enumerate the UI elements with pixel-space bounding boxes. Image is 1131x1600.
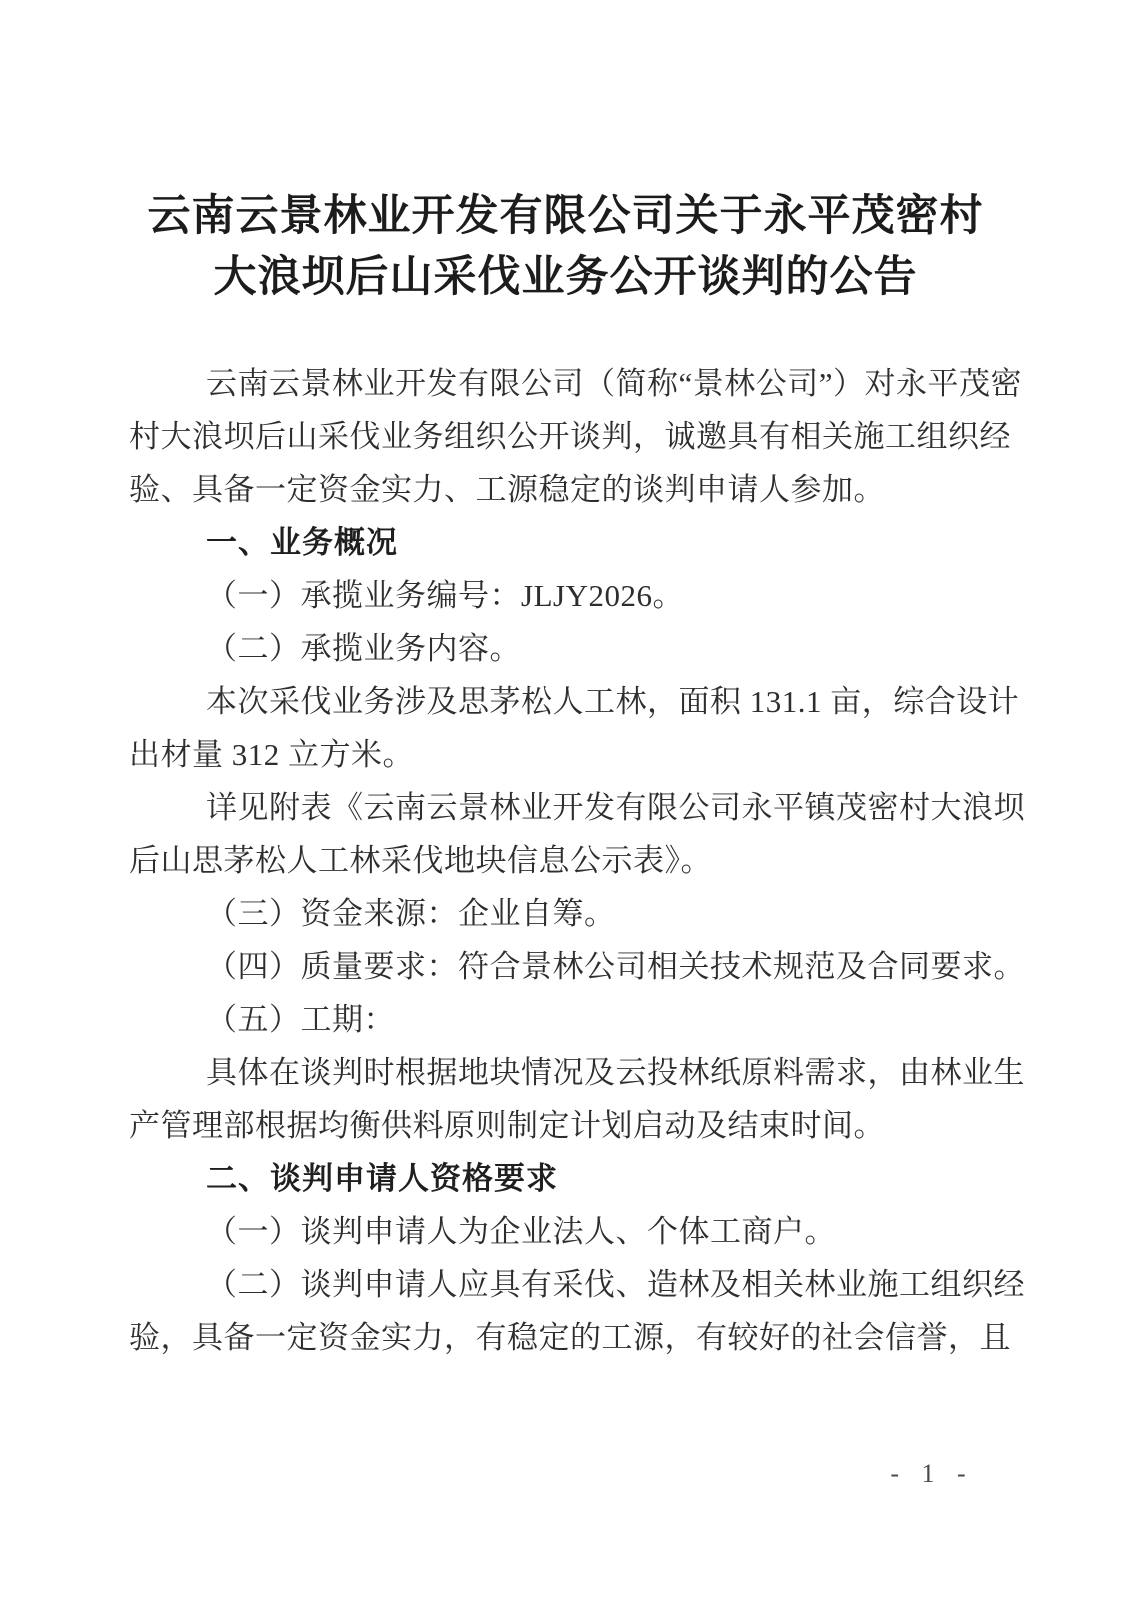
paragraph-line: 村大浪坝后山采伐业务组织公开谈判，诚邀具有相关施工组织经 <box>129 410 1001 463</box>
section-heading: 二、谈判申请人资格要求 <box>129 1152 1001 1205</box>
document-title-line-1: 云南云景林业开发有限公司关于永平茂密村 <box>0 186 1131 247</box>
paragraph-line: （一）承揽业务编号：JLJY2026。 <box>129 569 1001 622</box>
paragraph-line: 详见附表《云南云景林业开发有限公司永平镇茂密村大浪坝 <box>129 781 1001 834</box>
paragraph-line: 具体在谈判时根据地块情况及云投林纸原料需求，由林业生 <box>129 1046 1001 1099</box>
document-page: 云南云景林业开发有限公司关于永平茂密村 大浪坝后山采伐业务公开谈判的公告 云南云… <box>0 0 1131 1600</box>
paragraph-line: 后山思茅松人工林采伐地块信息公示表》。 <box>129 834 1001 887</box>
paragraph-line: 出材量 312 立方米。 <box>129 728 1001 781</box>
paragraph-line: （四）质量要求：符合景林公司相关技术规范及合同要求。 <box>129 940 1001 993</box>
paragraph-line: （二）承揽业务内容。 <box>129 622 1001 675</box>
document-title: 云南云景林业开发有限公司关于永平茂密村 大浪坝后山采伐业务公开谈判的公告 <box>0 186 1131 308</box>
paragraph-line: 云南云景林业开发有限公司（简称“景林公司”）对永平茂密 <box>129 357 1001 410</box>
paragraph-line: （三）资金来源：企业自筹。 <box>129 887 1001 940</box>
paragraph-line: 本次采伐业务涉及思茅松人工林，面积 131.1 亩，综合设计 <box>129 675 1001 728</box>
paragraph-line: （二）谈判申请人应具有采伐、造林及相关林业施工组织经 <box>129 1258 1001 1311</box>
document-body: 云南云景林业开发有限公司（简称“景林公司”）对永平茂密村大浪坝后山采伐业务组织公… <box>129 357 1001 1364</box>
paragraph-line: 产管理部根据均衡供料原则制定计划启动及结束时间。 <box>129 1099 1001 1152</box>
paragraph-line: （五）工期： <box>129 993 1001 1046</box>
section-heading: 一、业务概况 <box>129 516 1001 569</box>
page-number: - 1 - <box>872 1458 992 1490</box>
document-title-line-2: 大浪坝后山采伐业务公开谈判的公告 <box>0 247 1131 308</box>
paragraph-line: 验，具备一定资金实力，有稳定的工源，有较好的社会信誉，且 <box>129 1311 1001 1364</box>
paragraph-line: 验、具备一定资金实力、工源稳定的谈判申请人参加。 <box>129 463 1001 516</box>
paragraph-line: （一）谈判申请人为企业法人、个体工商户。 <box>129 1205 1001 1258</box>
